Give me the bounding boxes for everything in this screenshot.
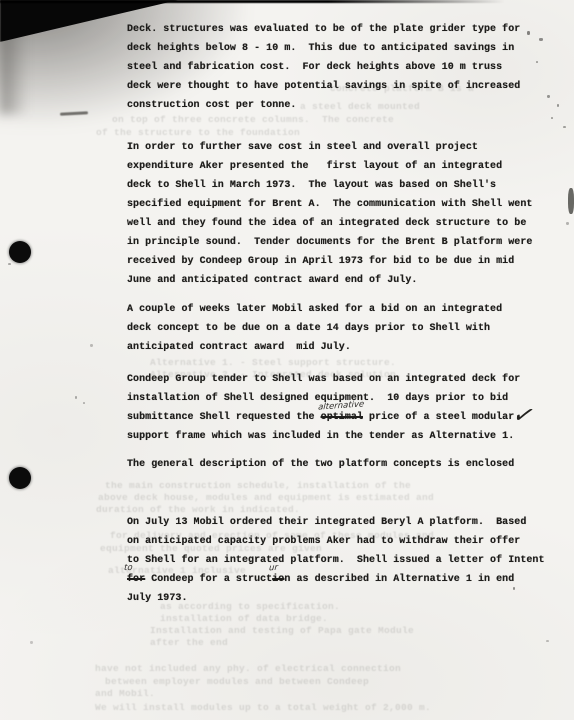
ghost-text-line: above deck house, modules and equipment … (98, 492, 434, 504)
ghost-text-line: duration of the work in indicated. (96, 504, 300, 516)
ghost-text-line: and Mobil. (95, 688, 155, 700)
text-segment: deck concept to be due on a date 14 days… (127, 323, 490, 334)
ghost-text-line: for delivery and erection of some of the… (110, 530, 434, 542)
ghost-text-line: Alternative 1. - Steel support structure… (150, 357, 396, 369)
text-line: well and they found the idea of an integ… (127, 214, 532, 233)
scan-top-edge-artifact (0, 0, 505, 3)
ghost-text-line: of the structure to the foundation (96, 127, 300, 139)
ghost-text-line: We will install modules up to a total we… (95, 702, 431, 714)
text-line: June and anticipated contract award end … (127, 271, 532, 290)
ink-speck (546, 640, 549, 642)
text-segment: deck to Shell in March 1973. The layout … (127, 180, 496, 191)
ghost-text-line: after the end (150, 637, 228, 649)
ink-speck (90, 344, 93, 347)
text-line: specified equipment for Brent A. The com… (127, 195, 532, 214)
scanned-document-page: ✓ Deck. structures was evaluated to be o… (0, 0, 574, 720)
text-line: deck concept to be due on a date 14 days… (127, 319, 502, 338)
ghost-text-line: Installation and testing of Papa gate Mo… (150, 625, 414, 637)
text-line: In order to further save cost in steel a… (127, 138, 532, 157)
text-line: submittance Shell requested the optimala… (127, 408, 520, 427)
ghost-text-line: on top of three concrete columns. The co… (112, 114, 394, 126)
paragraph-p3: A couple of weeks later Mobil asked for … (127, 300, 502, 357)
text-segment: price of a steel modular (363, 412, 514, 423)
text-line: The general description of the two platf… (127, 455, 514, 474)
ink-speck (539, 38, 543, 41)
text-line: deck heights below 8 - 10 m. This due to… (127, 39, 520, 58)
text-segment: in principle sound. Tender documents for… (127, 237, 532, 248)
ink-speck (563, 126, 566, 128)
text-line: support frame which was included in the … (127, 427, 520, 446)
ghost-text-line: as according to specification. (160, 601, 340, 613)
paragraph-p6: On July 13 Mobil ordered their integrate… (127, 513, 545, 608)
text-segment: construction cost per tonne. (127, 100, 296, 111)
text-segment: specified equipment for Brent A. The com… (127, 199, 532, 210)
text-segment: steel and fabrication cost. For deck hei… (127, 62, 502, 73)
text-line: A couple of weeks later Mobil asked for … (127, 300, 502, 319)
ghost-text-line: concrete platform B is a (330, 83, 474, 95)
text-line: anticipated contract award mid July. (127, 338, 502, 357)
ghost-text-line: have not included any phy. of electrical… (95, 663, 401, 675)
ghost-text-line: a steel deck mounted (300, 101, 420, 113)
text-line: expenditure Aker presented the first lay… (127, 157, 532, 176)
text-segment: support frame which was included in the … (127, 431, 514, 442)
ink-speck (527, 31, 530, 35)
handwritten-correction: alternative (317, 400, 364, 412)
hole-punch-mark (9, 241, 31, 263)
ink-speck (30, 641, 33, 644)
hole-punch-mark (9, 467, 31, 489)
ghost-text-line: alternative 1 inclusive (108, 565, 246, 577)
text-segment: deck heights below 8 - 10 m. This due to… (127, 43, 514, 54)
text-line: received by Condeep Group in April 1973 … (127, 252, 532, 271)
text-segment: submittance Shell requested the (127, 412, 321, 423)
text-segment: well and they found the idea of an integ… (127, 218, 526, 229)
ghost-text-line: Alternative 2. - Integrated deck solutio… (150, 369, 402, 381)
ink-speck (568, 188, 574, 214)
ink-speck (536, 61, 538, 63)
text-segment: expenditure Aker presented the first lay… (127, 161, 502, 172)
text-segment: Deck. structures was evaluated to be of … (127, 24, 520, 35)
ink-speck (547, 95, 550, 98)
ghost-text-line: between employer modules and between Con… (105, 676, 369, 688)
ink-speck (75, 396, 77, 399)
paragraph-p4: Condeep Group tender to Shell was based … (127, 370, 520, 446)
ghost-text-line: equipment the quoted prices are given (100, 543, 322, 555)
ink-speck (83, 402, 85, 404)
ink-speck (557, 104, 559, 107)
text-segment: A couple of weeks later Mobil asked for … (127, 304, 502, 315)
ink-speck (551, 117, 553, 119)
handwritten-correction: ur (269, 564, 279, 574)
text-segment: anticipated contract award mid July. (127, 342, 351, 353)
struck-word: iour (272, 574, 284, 585)
ghost-text-line: the main construction schedule, installa… (105, 480, 411, 492)
paragraph-p2: In order to further save cost in steel a… (127, 138, 532, 290)
text-segment: The general description of the two platf… (127, 459, 514, 470)
ink-speck (513, 587, 515, 590)
text-line: Deck. structures was evaluated to be of … (127, 20, 520, 39)
text-line: steel and fabrication cost. For deck hei… (127, 58, 520, 77)
text-segment: In order to further save cost in steel a… (127, 142, 478, 153)
struck-word: optimalalternative (321, 412, 363, 423)
ghost-text-line: installation of data bridge. (160, 613, 328, 625)
text-line: in principle sound. Tender documents for… (127, 233, 532, 252)
ink-speck (566, 222, 569, 225)
text-segment: On July 13 Mobil ordered their integrate… (127, 517, 526, 528)
text-segment: received by Condeep Group in April 1973 … (127, 256, 514, 267)
text-segment: June and anticipated contract award end … (127, 275, 417, 286)
ink-speck (8, 263, 11, 265)
text-line: deck to Shell in March 1973. The layout … (127, 176, 532, 195)
paragraph-p5: The general description of the two platf… (127, 455, 514, 474)
text-segment: n as described in Alternative 1 in end (284, 574, 514, 585)
